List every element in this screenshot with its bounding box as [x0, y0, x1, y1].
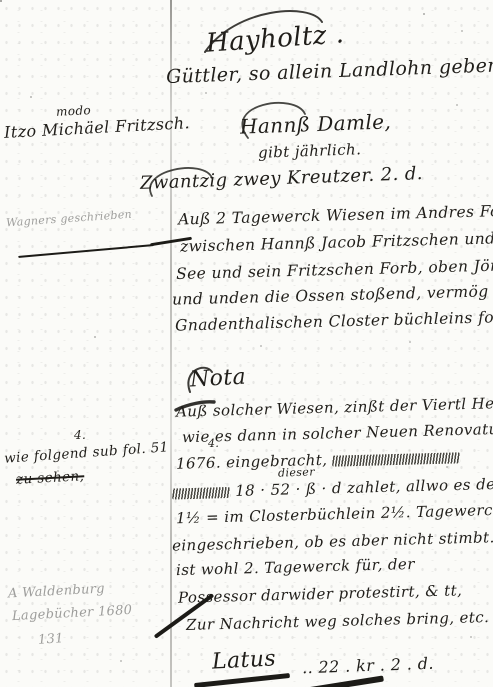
nota-line-5: 1½ = im Closterbüchlein 2½. Tagewerck [176, 501, 493, 528]
holder-sub: gibt jährlich. [258, 140, 362, 162]
nota-line-8: Possessor darwider protestirt, & tt, [178, 581, 463, 606]
margin-modo-note: modo [56, 103, 92, 119]
nota-line-9: Zur Nachricht weg solches bring, etc. [186, 608, 490, 634]
paragraph1-line: Auß 2 Tagewerck Wiesen im Andres Forb, [178, 201, 493, 228]
paragraph1-line: zwischen Hannß Jacob Fritzschen und dem [180, 228, 493, 255]
margin-dash-long [18, 244, 154, 258]
latus-underline-swash [194, 673, 290, 687]
bottom-cutoff-swash [300, 675, 384, 687]
nota-inserted-word: dieser [278, 465, 315, 479]
fold-margin-line [170, 0, 172, 687]
nota-line-6: eingeschrieben, ob es aber nicht stimbt.… [172, 527, 493, 554]
latus-label: Latus [211, 646, 276, 674]
nota-line-3: 1676. eingebracht, [176, 447, 461, 472]
nota-line-1: Auß solcher Wiesen, zinßt der Viertl Hei… [176, 393, 493, 420]
latus-amount: .. 22 . kr . 2 . d. [302, 654, 434, 678]
margin-holder-name: Itzo Michäel Fritzsch. [4, 113, 191, 142]
paragraph1-line: und unden die Ossen stoßend, vermög deß [172, 281, 493, 308]
crossed-out-text [332, 452, 460, 466]
paragraph1-line: See und sein Fritzschen Forb, oben Jörg … [176, 255, 493, 283]
nota-heading: Nota [189, 365, 246, 393]
nota-line-4-text: 18 · 52 · ß · d zahlet, allwo es denn [230, 475, 493, 500]
nota-line-2: wie es dann in solcher Neuen Renovatur [182, 420, 493, 446]
paragraph1-line: Gnadenthalischen Closter büchleins fol: … [175, 307, 493, 334]
page-subtitle: Güttler, so allein Landlohn geben . [166, 54, 493, 88]
manuscript-page: Hayholtz . Güttler, so allein Landlohn g… [0, 0, 493, 687]
crossed-out-text [172, 486, 230, 499]
archive-note-line-2: Lagebücher 1680 [12, 603, 133, 624]
nota-line-4: 18 · 52 · ß · d zahlet, allwo es denn [172, 475, 493, 502]
pencil-margin-note: Wagners geschrieben [6, 208, 133, 230]
archive-note-line-1: A Waldenburg [8, 581, 106, 601]
holder-name: Hannß Damle, [240, 109, 392, 138]
amount-line: Zwantzig zwey Kreutzer. 2. d. [140, 163, 423, 194]
archive-note-line-3: 131 [38, 631, 65, 648]
page-title: Hayholtz . [205, 19, 345, 59]
nota-caret-mark: 4. [208, 437, 219, 450]
margin-note-line-2: zu sehen, [16, 468, 85, 488]
nota-line-7: ist wohl 2. Tagewerck für, der [176, 555, 415, 579]
margin-note-line-1: wie folgend sub fol. 51 [4, 439, 170, 466]
margin-note-mark: 4. [74, 428, 86, 442]
